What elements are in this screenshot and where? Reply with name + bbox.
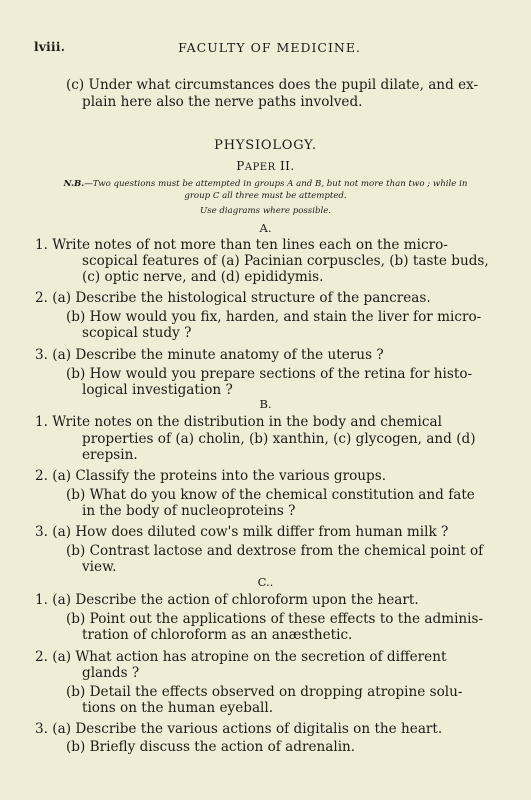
carryover-line-2: plain here also the nerve paths involved…: [82, 94, 362, 110]
group-a-label: A.: [0, 221, 531, 235]
question-line: (b) Briefly discuss the action of adrena…: [66, 739, 355, 755]
paper-smallcaps: APER: [245, 162, 276, 173]
group-c-label: C..: [0, 575, 531, 589]
running-head: lviii. FACULTY OF MEDICINE.: [0, 40, 531, 56]
question-line: 3. (a) Describe the minute anatomy of th…: [35, 347, 384, 363]
question-line: scopical study ?: [82, 325, 191, 341]
group-b-label: B.: [0, 397, 531, 411]
paper-number: II.: [276, 159, 295, 173]
question-line: glands ?: [82, 665, 139, 681]
question-line: 1. Write notes on the distribution in th…: [35, 414, 492, 430]
nb-label: N.B.: [64, 179, 85, 189]
question-line: logical investigation ?: [82, 382, 233, 398]
question-line: 2. (a) Classify the proteins into the va…: [35, 468, 386, 484]
paper-prefix: P: [236, 159, 245, 173]
running-title: FACULTY OF MEDICINE.: [0, 40, 531, 55]
nb-note-line-1: N.B.—Two questions must be attempted in …: [0, 179, 531, 189]
question-line: 3. (a) Describe the various actions of d…: [35, 721, 442, 737]
question-line: (b) Contrast lactose and dextrose from t…: [66, 543, 483, 559]
section-title: PHYSIOLOGY.: [0, 138, 531, 153]
document-page: lviii. FACULTY OF MEDICINE. (c) Under wh…: [0, 0, 531, 800]
question-line: (c) optic nerve, and (d) epididymis.: [82, 269, 323, 285]
question-line: erepsin.: [82, 447, 138, 463]
question-line: 2. (a) What action has atropine on the s…: [35, 649, 492, 665]
question-line: tration of chloroform as an anæsthetic.: [82, 627, 352, 643]
nb-text: —Two questions must be attempted in grou…: [84, 179, 467, 189]
question-line: properties of (a) cholin, (b) xanthin, (…: [82, 431, 476, 447]
question-line: in the body of nucleoproteins ?: [82, 503, 295, 519]
question-line: (b) Detail the effects observed on dropp…: [66, 684, 462, 700]
question-line: scopical features of (a) Pacinian corpus…: [82, 253, 489, 269]
question-line: view.: [82, 559, 116, 575]
question-line: (b) How would you fix, harden, and stain…: [66, 309, 481, 325]
paper-title: PAPER II.: [0, 159, 531, 173]
question-line: (b) What do you know of the chemical con…: [66, 487, 475, 503]
question-line: 3. (a) How does diluted cow's milk diffe…: [35, 524, 448, 540]
question-line: (b) How would you prepare sections of th…: [66, 366, 472, 382]
question-line: 2. (a) Describe the histological structu…: [35, 290, 431, 306]
nb-note-line-2: group C all three must be attempted.: [0, 191, 531, 201]
question-line: (b) Point out the applications of these …: [66, 611, 483, 627]
carryover-line-1: (c) Under what circumstances does the pu…: [66, 77, 492, 93]
question-line: tions on the human eyeball.: [82, 700, 273, 716]
question-line: 1. (a) Describe the action of chloroform…: [35, 592, 419, 608]
instruction-note: Use diagrams where possible.: [0, 206, 531, 216]
question-line: 1. Write notes of not more than ten line…: [35, 237, 492, 253]
